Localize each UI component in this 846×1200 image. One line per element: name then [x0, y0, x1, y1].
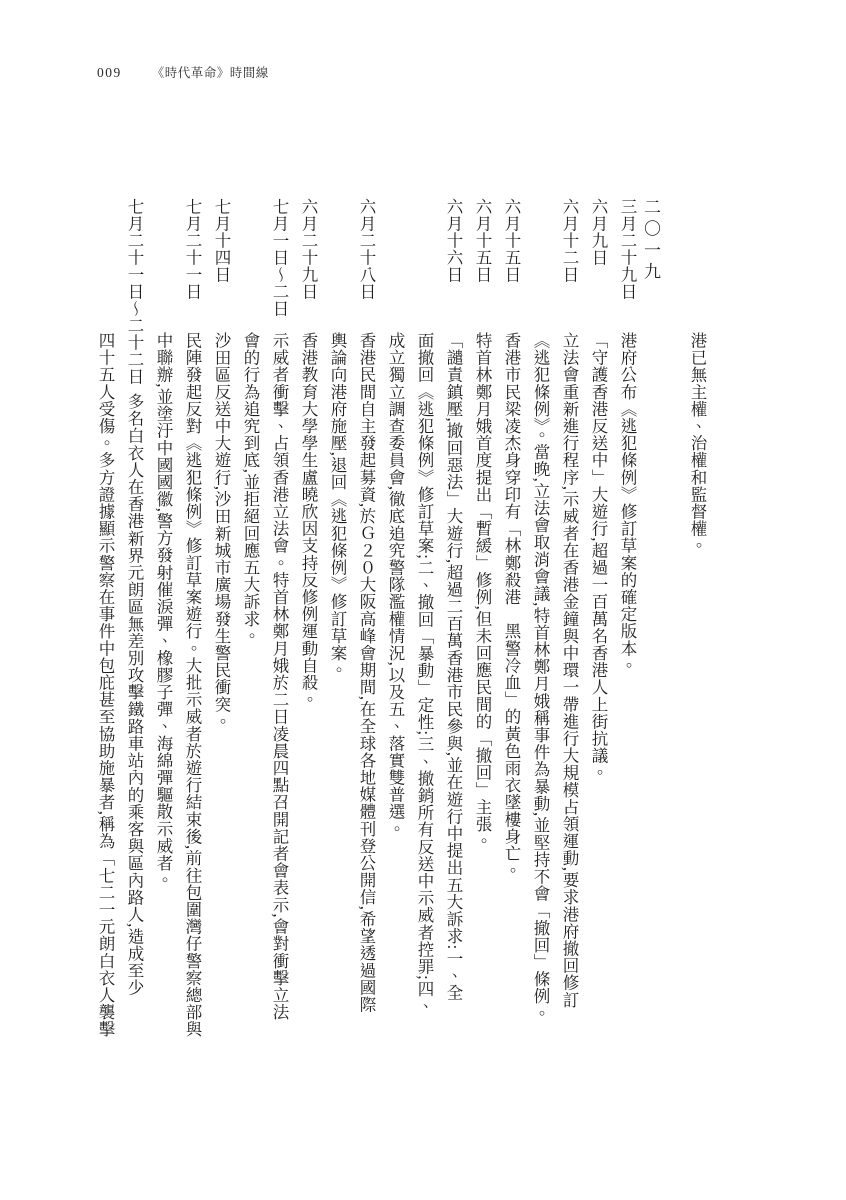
entry-column: 六月二十八日香港民間自主發起募資,於Ｇ２０大阪高峰會期間,在全球各地媒體刊登公開…	[358, 198, 375, 1078]
entry-column: 六月十五日特首林鄭月娥首度提出「暫緩」修例,但未回應民間的「撤回」主張。	[474, 198, 491, 1078]
entry-date: 六月十五日	[503, 198, 520, 332]
entry-column: 面撤回《逃犯條例》修訂草案;二、撤回「暴動」定性;三、撤銷所有反送中示威者控罪;…	[416, 198, 433, 1078]
entry-date: 三月二十九日	[619, 198, 636, 332]
entry-text: 立法會重新進行程序,示威者在香港金鐘與中環一帶進行大規模占領運動,要求港府撤回修…	[560, 332, 579, 1008]
entry-text: 民陣發起反對《逃犯條例》修訂草案遊行。大批示威者於遊行結束後,前往包圍灣仔警察總…	[183, 332, 202, 1038]
entry-date: 七月十四日	[213, 198, 230, 332]
running-header: 009 《時代革命》時間線	[97, 63, 269, 81]
entry-column: 四十五人受傷。多方證據顯示警察在事件中包庇甚至協助施暴者,稱為「七二一元朗白衣人…	[97, 198, 114, 1078]
entry-text: 示威者衝擊、占領香港立法會。特首林鄭月娥於二日凌晨四點召開記者會表示,會對衝擊立…	[270, 332, 289, 1021]
entry-column: 中聯辦,並塗汙中國國徽,警方發射催淚彈、橡膠子彈、海綿彈驅散示威者。	[155, 198, 172, 1078]
carryover-column: 港已無主權、治權和監督權。	[689, 198, 706, 1078]
entry-column: 會的行為追究到底,並拒絕回應五大訴求。	[242, 198, 259, 1078]
entry-text: 「譴責鎮壓,撤回惡法」大遊行,超過二百萬香港市民參與,並在遊行中提出五大訴求:一…	[444, 332, 463, 1001]
entry-text: 成立獨立調查委員會,徹底追究警隊濫權情況,以及五、落實雙普選。	[386, 332, 405, 837]
entry-text: 香港民間自主發起募資,於Ｇ２０大阪高峰會期間,在全球各地媒體刊登公開信,希望透過…	[357, 332, 376, 1013]
entry-date: 六月十六日	[445, 198, 462, 332]
entry-column: 七月二十一日〜二十二日多名白衣人在香港新界元朗區無差別攻擊鐵路車站內的乘客與區內…	[126, 198, 143, 1078]
entry-text: 香港市民梁凌杰身穿印有「林鄭殺港 黑警冷血」的黃色雨衣墜樓身亡。	[502, 332, 521, 879]
entry-column: 《逃犯條例》。當晚,立法會取消會議,特首林鄭月娥稱事件為暴動,並堅持不會「撤回」…	[532, 198, 549, 1078]
entry-date: 七月一日〜二日	[271, 198, 288, 332]
carryover-text: 港已無主權、治權和監督權。	[688, 332, 707, 554]
entry-date: 六月二十九日	[300, 198, 317, 332]
entry-text: 特首林鄭月娥首度提出「暫緩」修例,但未回應民間的「撤回」主張。	[473, 332, 492, 850]
entry-text: 「守護香港反送中」大遊行,超過一百萬名香港人上街抗議。	[589, 332, 608, 781]
entry-text: 面撤回《逃犯條例》修訂草案;二、撤回「暴動」定性;三、撤銷所有反送中示威者控罪;…	[415, 332, 434, 1014]
entry-date: 六月十五日	[474, 198, 491, 332]
entry-column: 六月九日「守護香港反送中」大遊行,超過一百萬名香港人上街抗議。	[590, 198, 607, 1078]
entry-date: 六月十二日	[561, 198, 578, 332]
entry-text: 輿論向港府施壓,退回《逃犯條例》修訂草案。	[328, 332, 347, 679]
entry-text: 港府公布《逃犯條例》修訂草案的確定版本。	[618, 332, 637, 674]
entry-text: 《逃犯條例》。當晚,立法會取消會議,特首林鄭月娥稱事件為暴動,並堅持不會「撤回」…	[531, 332, 550, 1022]
entry-date: 七月二十一日〜二十二日	[126, 198, 143, 393]
entry-text: 四十五人受傷。多方證據顯示警察在事件中包庇甚至協助施暴者,稱為「七二一元朗白衣人…	[96, 332, 115, 1038]
page-number: 009	[97, 65, 122, 81]
timeline-body: 港已無主權、治權和監督權。 二〇一九 三月二十九日港府公布《逃犯條例》修訂草案的…	[85, 198, 706, 1078]
entry-column: 三月二十九日港府公布《逃犯條例》修訂草案的確定版本。	[619, 198, 636, 1078]
entry-text: 香港教育大學學生盧曉欣因支持反修例運動自殺。	[299, 332, 318, 708]
year-heading: 二〇一九	[642, 198, 659, 1078]
entry-column: 七月十四日沙田區反送中大遊行,沙田新城市廣場發生警民衝突。	[213, 198, 230, 1078]
entry-column: 六月十五日香港市民梁凌杰身穿印有「林鄭殺港 黑警冷血」的黃色雨衣墜樓身亡。	[503, 198, 520, 1078]
entry-column: 成立獨立調查委員會,徹底追究警隊濫權情況,以及五、落實雙普選。	[387, 198, 404, 1078]
entry-text: 沙田區反送中大遊行,沙田新城市廣場發生警民衝突。	[212, 332, 231, 730]
entry-column: 輿論向港府施壓,退回《逃犯條例》修訂草案。	[329, 198, 346, 1078]
entry-column: 六月十二日立法會重新進行程序,示威者在香港金鐘與中環一帶進行大規模占領運動,要求…	[561, 198, 578, 1078]
entry-column: 六月十六日「譴責鎮壓,撤回惡法」大遊行,超過二百萬香港市民參與,並在遊行中提出五…	[445, 198, 462, 1078]
entry-date: 六月二十八日	[358, 198, 375, 332]
entry-text: 多名白衣人在香港新界元朗區無差別攻擊鐵路車站內的乘客與區內路人,造成至少	[125, 393, 144, 996]
entry-text: 會的行為追究到底,並拒絕回應五大訴求。	[241, 332, 260, 645]
entry-column: 七月一日〜二日示威者衝擊、占領香港立法會。特首林鄭月娥於二日凌晨四點召開記者會表…	[271, 198, 288, 1078]
book-page: 009 《時代革命》時間線 港已無主權、治權和監督權。 二〇一九 三月二十九日港…	[0, 0, 846, 1200]
entry-column: 七月二十一日民陣發起反對《逃犯條例》修訂草案遊行。大批示威者於遊行結束後,前往包…	[184, 198, 201, 1078]
entry-column: 六月二十九日香港教育大學學生盧曉欣因支持反修例運動自殺。	[300, 198, 317, 1078]
book-title: 《時代革命》時間線	[152, 63, 269, 81]
entry-date: 六月九日	[590, 198, 607, 332]
entry-text: 中聯辦,並塗汙中國國徽,警方發射催淚彈、橡膠子彈、海綿彈驅散示威者。	[154, 332, 173, 889]
entry-date: 七月二十一日	[184, 198, 201, 332]
